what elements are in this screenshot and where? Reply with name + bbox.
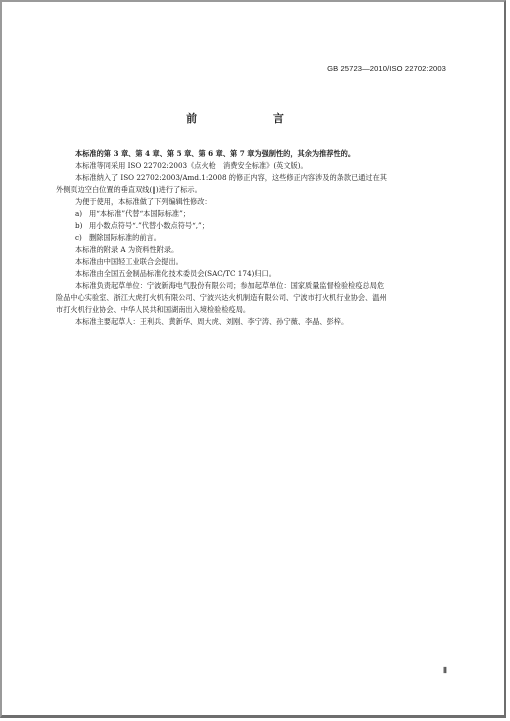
page-number: Ⅱ: [443, 666, 447, 675]
paragraph-drafting-units-line1: 本标准负责起草单位：宁波新海电气股份有限公司；参加起草单位：国家质量监督检验检疫…: [60, 280, 460, 292]
standard-number-header: GB 25723—2010/ISO 22702:2003: [327, 64, 446, 73]
list-marker: c): [75, 232, 89, 244]
paragraph-proposed-by: 本标准由中国轻工业联合会提出。: [60, 256, 460, 268]
paragraph-drafters: 本标准主要起草人：王利兵、黄新华、周大虎、刘刚、李宁涛、孙宁薇、李晶、彭梓。: [60, 316, 460, 328]
list-marker: b): [75, 220, 89, 232]
paragraph-amendment-line1: 本标准纳入了 ISO 22702:2003/Amd.1:2008 的修正内容，这…: [60, 172, 460, 184]
paragraph-drafting-units-line2: 险品中心实验室、浙江大虎打火机有限公司、宁波兴达火机制造有限公司、宁波市打火机行…: [60, 292, 460, 304]
list-item: c)删除国际标准的前言。: [60, 232, 460, 244]
paragraph-drafting-units-line3: 市打火机行业协会、中华人民共和国湖南出入境检验检疫局。: [60, 304, 460, 316]
document-page: GB 25723—2010/ISO 22702:2003 前 言 本标准的第 3…: [0, 0, 506, 718]
page-title: 前 言: [2, 110, 504, 126]
standard-number: GB 25723—2010/ISO 22702:2003: [327, 64, 446, 73]
list-text: 用小数点符号“.”代替小数点符号“,”；: [89, 221, 209, 230]
list-text: 删除国际标准的前言。: [89, 233, 161, 242]
list-item: a)用“本标准”代替“本国际标准”；: [60, 208, 460, 220]
list-text: 用“本标准”代替“本国际标准”；: [89, 209, 190, 218]
paragraph-iso-adoption: 本标准等同采用 ISO 22702:2003《点火枪 消费安全标准》(英文版)。: [60, 160, 460, 172]
foreword-body: 本标准的第 3 章、第 4 章、第 5 章、第 6 章、第 7 章为强制性的，其…: [60, 148, 460, 328]
paragraph-editorial-intro: 为便于使用，本标准做了下列编辑性修改：: [60, 196, 460, 208]
list-item: b)用小数点符号“.”代替小数点符号“,”；: [60, 220, 460, 232]
paragraph-amendment-line2: 外侧页边空白位置的垂直双线(‖)进行了标示。: [60, 184, 460, 196]
list-marker: a): [75, 208, 89, 220]
paragraph-annex: 本标准的附录 A 为资料性附录。: [60, 244, 460, 256]
paragraph-technical-committee: 本标准由全国五金制品标准化技术委员会(SAC/TC 174)归口。: [60, 268, 460, 280]
paragraph-mandatory-chapters: 本标准的第 3 章、第 4 章、第 5 章、第 6 章、第 7 章为强制性的，其…: [60, 148, 460, 160]
